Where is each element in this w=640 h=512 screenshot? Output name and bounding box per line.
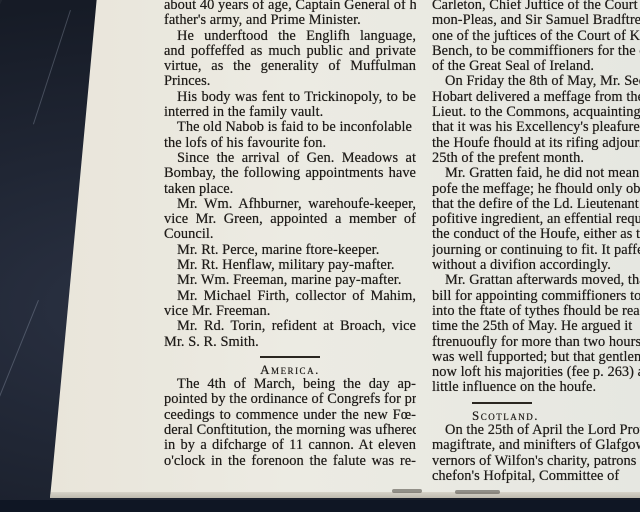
text-line: Council. [164,227,416,242]
text-line: vice Mr. Green, appointed a member of [164,212,416,227]
text-line: Mr. Rt. Perce, marine ftore-keeper. [164,243,416,258]
text-line: ftrenuoufly for more than two hours, and [432,335,640,350]
text-line: taken place. [164,182,416,197]
text-line: vice Mr. Freeman. [164,304,416,319]
text-line: Lieut. to the Commons, acquainting them [432,105,640,120]
text-line: Mr. Rd. Torin, refident at Broach, vice [164,319,416,334]
section-divider-rule [472,402,532,404]
text-line: the conduct of the Houfe, either as to a… [432,227,640,242]
text-line: pointed by the ordinance of Congrefs for… [164,392,416,407]
text-line: The old Nabob is faid to be inconfolable… [164,120,416,135]
text-line: He underftood the Englifh language, [164,29,416,44]
text-line: 25th of the prefent month. [432,151,640,166]
text-line: vernors of Wilfon's charity, patrons of … [432,454,640,469]
text-line: one of the juftices of the Court of King… [432,29,640,44]
text-line: Mr. S. R. Smith. [164,335,416,350]
text-line: Mr. Grattan afterwards moved, that a [432,273,640,288]
text-line: without a divifion accordingly. [432,258,640,273]
text-line: Mr. Wm. Freeman, marine pay-mafter. [164,273,416,288]
text-line: and poffeffed as much public and private [164,44,416,59]
text-line: journing or continuing to fit. It paffed [432,243,640,258]
section-divider-rule [260,356,320,358]
text-line: Mr. Gratten faid, he did not mean to op- [432,166,640,181]
text-line: into the ftate of tythes fhould be read … [432,304,640,319]
text-line: father's army, and Prime Minister. [164,13,416,28]
text-line: Since the arrival of Gen. Meadows at [164,151,416,166]
text-line: bill for appointing commiffioners to enq… [432,289,640,304]
text-line: virtue, as the generality of Muffulman [164,59,416,74]
text-line: deral Conftitution, the morning was ufhe… [164,423,416,438]
section-heading-scotland: Scotland. [432,408,640,423]
bottom-shadow-strip [0,500,640,512]
section-heading-america: America. [164,362,416,377]
text-line: pofe the meffage; he fhould only obferve… [432,182,640,197]
text-line: Bombay, the following appointments have [164,166,416,181]
text-line: On the 25th of April the Lord Provoft, [432,423,640,438]
left-column: about 40 years of age, Captain General o… [164,0,416,469]
text-line: little influence on the houfe. [432,380,640,395]
text-line: ceedings to commence under the new Fœ- [164,408,416,423]
text-line: interred in the family vault. [164,105,416,120]
text-line: the Houfe fhould at its rifing adjourn t… [432,136,640,151]
text-line: Mr. Michael Firth, collector of Mahim, [164,289,416,304]
text-line: The 4th of March, being the day ap- [164,377,416,392]
ink-smudge [455,490,500,494]
text-line: in by a difcharge of 11 cannon. At eleve… [164,438,416,453]
text-line: mon-Pleas, and Sir Samuel Bradftreet, [432,13,640,28]
right-column: Carleton, Chief Juftice of the Court of … [432,0,640,484]
text-line: o'clock in the forenoon the falute was r… [164,454,416,469]
text-line: the lofs of his favourite fon. [164,136,416,151]
text-line: time the 25th of May. He argued it [432,319,640,334]
text-line: now loft his majorities (fee p. 263) and… [432,365,640,380]
text-line: of the Great Seal of Ireland. [432,59,640,74]
text-line: On Friday the 8th of May, Mr. Secretary [432,74,640,89]
ink-smudge [392,489,422,493]
text-line: that it was his Excellency's pleafure th… [432,120,640,135]
text-line: Mr. Rt. Henflaw, military pay-mafter. [164,258,416,273]
text-line: Hobart delivered a meffage from the Lord [432,90,640,105]
text-line: Princes. [164,74,416,89]
text-line: Mr. Wm. Afhburner, warehoufe-keeper, [164,197,416,212]
text-line: pofitive ingredient, an effential requif… [432,212,640,227]
text-line: was well fupported; but that gentleman h… [432,350,640,365]
text-line: chefon's Hofpital, Committee of [432,469,640,484]
text-line: Bench, to be commiffioners for the cufto… [432,44,640,59]
text-line: His body was fent to Trickinopoly, to be [164,90,416,105]
text-line: magiftrate, and minifters of Glafgow, go… [432,438,640,453]
text-line: that the defire of the Ld. Lieutenant wa… [432,197,640,212]
text-line: about 40 years of age, Captain General o… [164,0,416,13]
text-line: Carleton, Chief Juftice of the Court of … [432,0,640,13]
